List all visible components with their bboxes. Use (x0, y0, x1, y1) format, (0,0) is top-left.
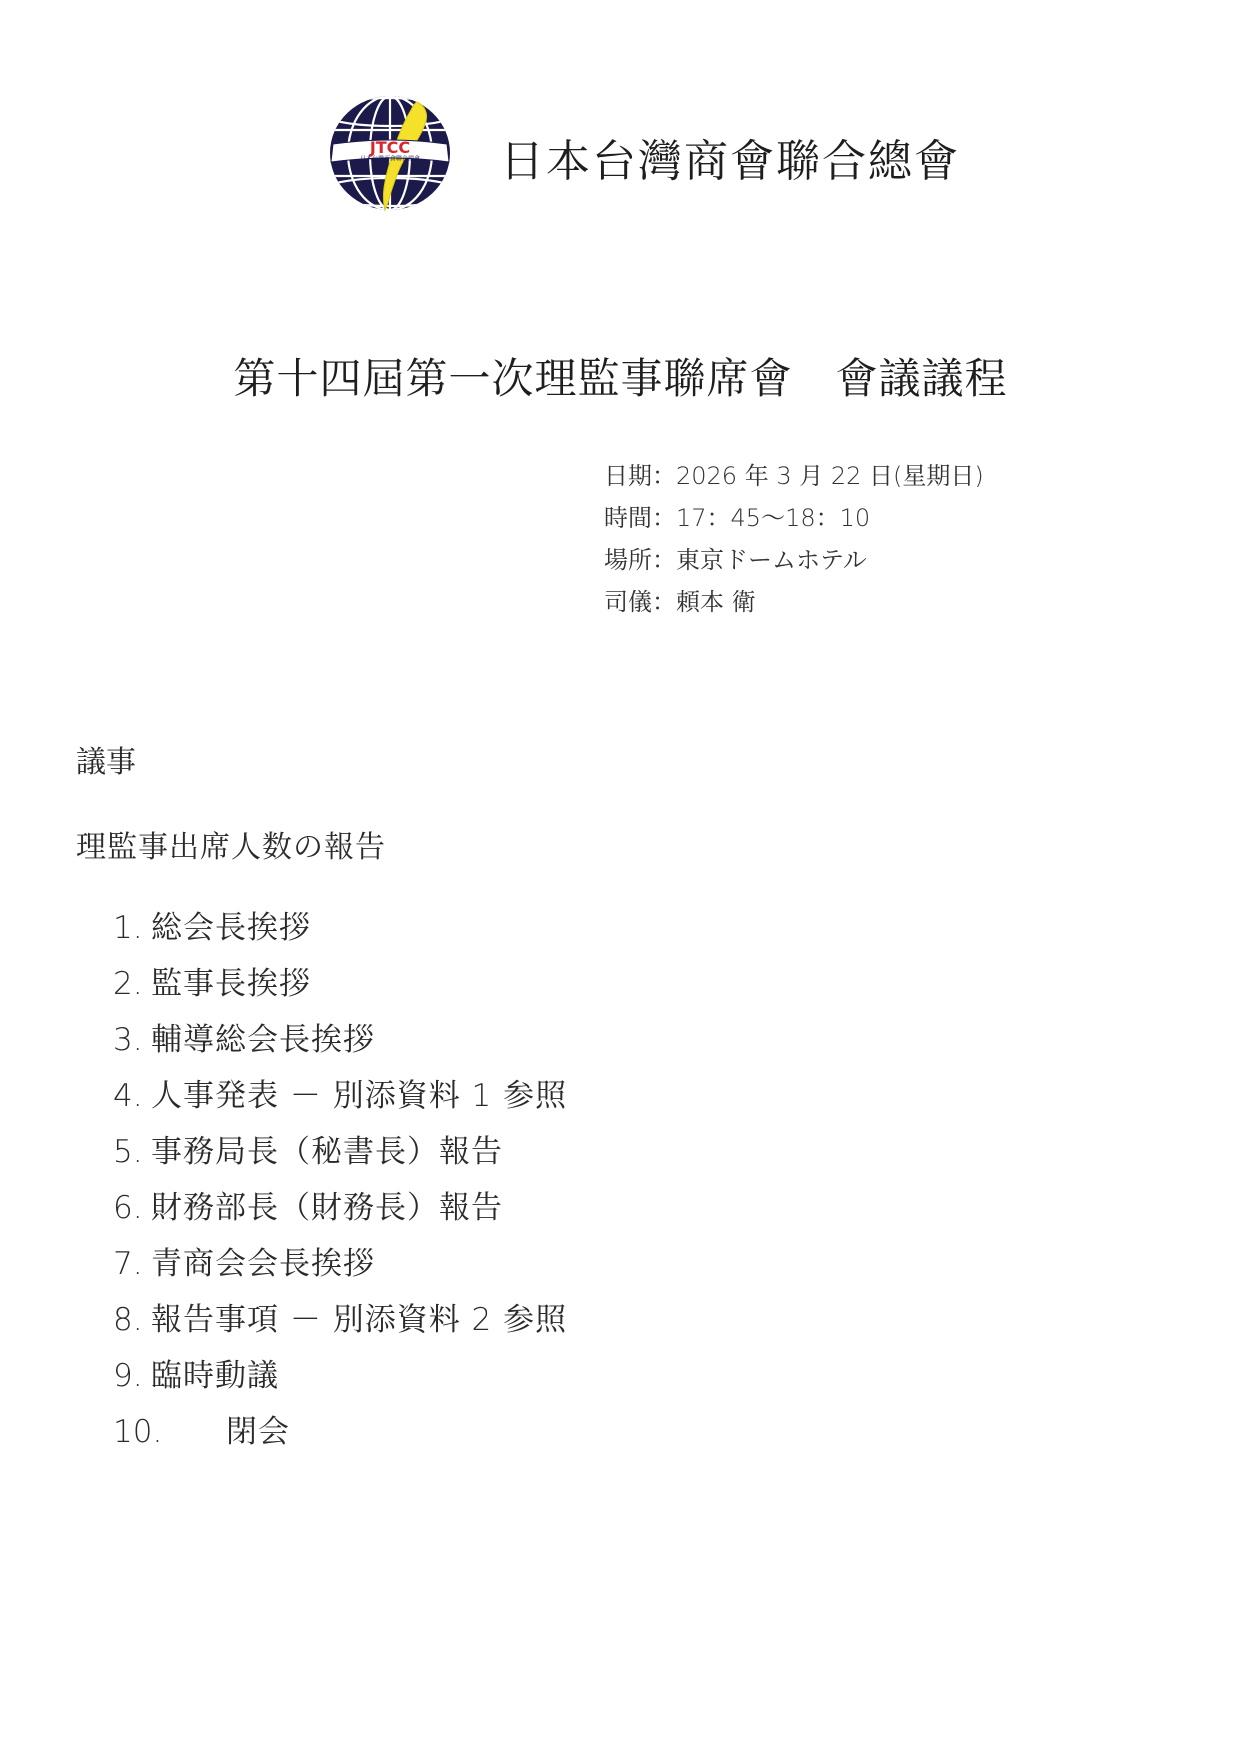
agenda-text: 報告事項 － 別添資料 2 参照 (151, 1292, 567, 1348)
agenda-item: 3.輔導総会長挨拶 (113, 1012, 567, 1068)
agenda-item: 7.青商会会長挨拶 (113, 1236, 567, 1292)
globe-logo-icon: JTCC 日本台灣商會聯合總會 (325, 92, 455, 214)
agenda-text: 財務部長（財務長）報告 (151, 1180, 503, 1236)
agenda-text: 事務局長（秘書長）報告 (151, 1124, 503, 1180)
svg-text:JTCC: JTCC (369, 138, 410, 157)
agenda-number: 2. (113, 956, 151, 1012)
agenda-text: 総会長挨拶 (151, 900, 311, 956)
agenda-number: 5. (113, 1124, 151, 1180)
agenda-item: 1.総会長挨拶 (113, 900, 567, 956)
agenda-text: 臨時動議 (151, 1348, 279, 1404)
agenda-item: 2.監事長挨拶 (113, 956, 567, 1012)
jtcc-logo: JTCC 日本台灣商會聯合總會 (325, 92, 455, 214)
agenda-item: 5.事務局長（秘書長）報告 (113, 1124, 567, 1180)
meeting-venue: 場所：東京ドームホテル (604, 539, 984, 581)
agenda-item: 4.人事発表 － 別添資料 1 参照 (113, 1068, 567, 1124)
agenda-text: 輔導総会長挨拶 (151, 1012, 375, 1068)
agenda-number: 8. (113, 1292, 151, 1348)
agenda-item: 10.閉会 (113, 1404, 567, 1460)
agenda-item: 6.財務部長（財務長）報告 (113, 1180, 567, 1236)
agenda-text: 人事発表 － 別添資料 1 参照 (151, 1068, 567, 1124)
document-page: JTCC 日本台灣商會聯合總會 日本台灣商會聯合總會 第十四屆第一次理監事聯席會… (0, 0, 1241, 1755)
meeting-time: 時間：17：45〜18：10 (604, 497, 984, 539)
agenda-number: 7. (113, 1236, 151, 1292)
agenda-number: 10. (113, 1404, 226, 1460)
meeting-info: 日期：2026 年 3 月 22 日(星期日) 時間：17：45〜18：10 場… (604, 455, 984, 623)
meeting-date: 日期：2026 年 3 月 22 日(星期日) (604, 455, 984, 497)
agenda-item: 8.報告事項 － 別添資料 2 参照 (113, 1292, 567, 1348)
roll-call-line: 理監事出席人数の報告 (76, 822, 386, 866)
agenda-number: 9. (113, 1348, 151, 1404)
svg-text:日本台灣商會聯合總會: 日本台灣商會聯合總會 (360, 155, 420, 163)
agenda-text: 閉会 (226, 1404, 290, 1460)
meeting-host: 司儀：頼本 衛 (604, 581, 984, 623)
letterhead: JTCC 日本台灣商會聯合總會 日本台灣商會聯合總會 (325, 92, 960, 214)
agenda-number: 1. (113, 900, 151, 956)
agenda-text: 青商会会長挨拶 (151, 1236, 375, 1292)
agenda-number: 4. (113, 1068, 151, 1124)
document-title: 第十四屆第一次理監事聯席會 會議議程 (0, 346, 1241, 406)
agenda-number: 6. (113, 1180, 151, 1236)
agenda-text: 監事長挨拶 (151, 956, 311, 1012)
agenda-list: 1.総会長挨拶 2.監事長挨拶 3.輔導総会長挨拶 4.人事発表 － 別添資料 … (113, 900, 567, 1460)
agenda-item: 9.臨時動議 (113, 1348, 567, 1404)
organization-name: 日本台灣商會聯合總會 (500, 125, 960, 189)
agenda-number: 3. (113, 1012, 151, 1068)
section-heading: 議事 (76, 737, 136, 781)
